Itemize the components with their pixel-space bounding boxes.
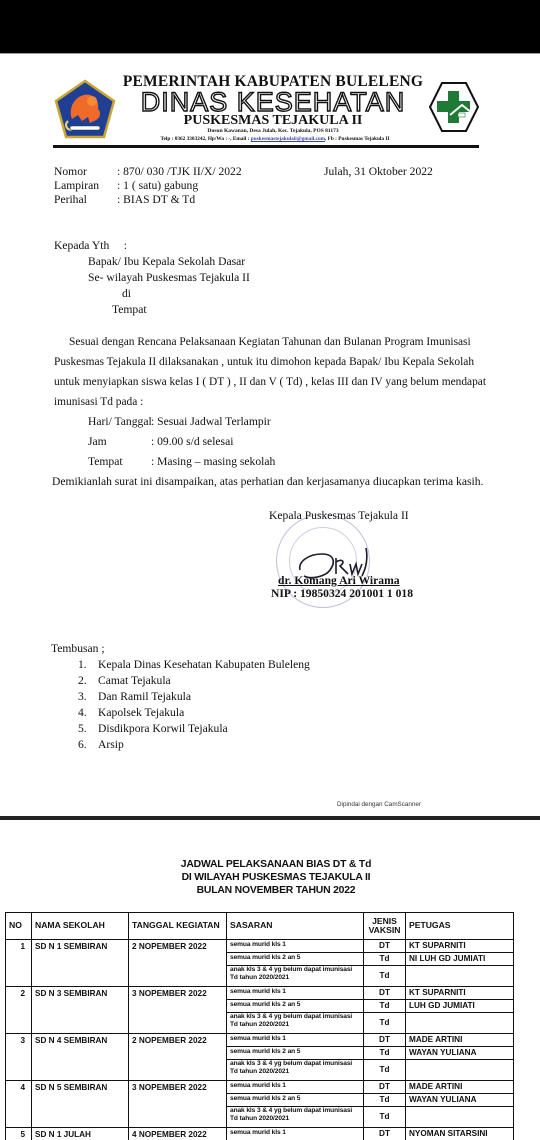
target-group: semua murid kls 2 an 5 — [227, 1000, 364, 1013]
target-group: semua murid kls 1 — [227, 987, 364, 1000]
cc-item: Camat Tejakula — [98, 674, 171, 688]
officer-name: LUH GD JUMIATI — [406, 1000, 514, 1013]
activity-date: 2 NOPEMBER 2022 — [129, 1034, 227, 1081]
officer-name: WAYAN YULIANA — [406, 1047, 514, 1060]
vaccine-type: Td — [364, 1107, 406, 1128]
table-row: 1SD N 1 SEMBIRAN2 NOPEMBER 2022semua mur… — [6, 940, 514, 953]
cc-item-number: 6. — [78, 738, 87, 752]
school-name: SD N 1 JULAH — [32, 1128, 129, 1140]
header-vaccine: JENIS VAKSIN — [364, 913, 406, 940]
letterhead-rule — [53, 145, 479, 148]
vaccine-type: DT — [364, 1081, 406, 1094]
target-group: semua murid kls 1 — [227, 1128, 364, 1140]
detail-label-time: Jam — [88, 435, 107, 449]
recipient-line1: Bapak/ Ibu Kepala Sekolah Dasar — [88, 255, 245, 269]
school-name: SD N 1 SEMBIRAN — [32, 940, 129, 987]
place-date: Julah, 31 Oktober 2022 — [324, 165, 433, 179]
header-school: NAMA SEKOLAH — [32, 913, 129, 940]
vaccine-type: Td — [364, 1060, 406, 1081]
vaccine-type: Td — [364, 1094, 406, 1107]
cc-item: Kapolsek Tejakula — [98, 706, 184, 720]
schedule-title-line: JADWAL PELAKSANAAN BIAS DT & Td — [0, 859, 540, 872]
perihal-label: Perihal — [54, 193, 87, 207]
schedule-table: NO NAMA SEKOLAH TANGGAL KEGIATAN SASARAN… — [5, 912, 514, 1140]
scanner-watermark: Dipindai dengan CamScanner — [337, 801, 421, 808]
school-name: SD N 4 SEMBIRAN — [32, 1034, 129, 1081]
header-officer: PETUGAS — [406, 913, 514, 940]
cc-item-number: 1. — [78, 658, 87, 672]
activity-date: 3 NOPEMBER 2022 — [129, 987, 227, 1034]
officer-name: MADE ARTINI — [406, 1034, 514, 1047]
detail-value-place: : Masing – masing sekolah — [151, 455, 275, 469]
table-row: 4SD N 5 SEMBIRAN3 NOPEMBER 2022semua mur… — [6, 1081, 514, 1094]
header-target: SASARAN — [227, 913, 364, 940]
top-status-bar — [0, 0, 540, 53]
cc-heading: Tembusan ; — [51, 642, 105, 656]
vaccine-type: Td — [364, 966, 406, 987]
officer-name: KT SUPARNITI — [406, 940, 514, 953]
cc-item-number: 5. — [78, 722, 87, 736]
vaccine-type: Td — [364, 1013, 406, 1034]
detail-label-place: Tempat — [88, 455, 123, 469]
cc-item: Kepala Dinas Kesehatan Kabupaten Bulelen… — [98, 658, 310, 672]
lampiran-label: Lampiran — [54, 179, 99, 193]
cc-item: Disdikpora Korwil Tejakula — [98, 722, 228, 736]
detail-label-date: Hari/ Tanggal — [88, 415, 152, 429]
officer-name — [406, 1013, 514, 1034]
officer-name — [406, 1107, 514, 1128]
letterhead-contact: Telp : 0362 3303242, Hp/Wa : -, Email : … — [0, 136, 540, 142]
table-row: 2SD N 3 SEMBIRAN3 NOPEMBER 2022semua mur… — [6, 987, 514, 1000]
target-group: semua murid kls 1 — [227, 1081, 364, 1094]
perihal-value: : BIAS DT & Td — [117, 193, 195, 207]
cc-item: Arsip — [98, 738, 124, 752]
vaccine-type: DT — [364, 1128, 406, 1140]
body-line: untuk menyiapkan siswa kelas I ( DT ) , … — [54, 372, 494, 392]
recipient-line4: Tempat — [112, 303, 147, 317]
email-link[interactable]: puskesmastejakulaii@gmail.com — [251, 136, 325, 142]
letterhead-unit: PUSKESMAS TEJAKULA II — [0, 113, 540, 129]
school-name: SD N 5 SEMBIRAN — [32, 1081, 129, 1128]
officer-name — [406, 1060, 514, 1081]
officer-name — [406, 966, 514, 987]
schedule-title-line: BULAN NOVEMBER TAHUN 2022 — [0, 885, 540, 898]
target-group: anak kls 3 & 4 yg belum dapat imunisasi … — [227, 966, 364, 987]
vaccine-type: DT — [364, 940, 406, 953]
officer-name: NYOMAN SITARSINI — [406, 1128, 514, 1140]
row-number: 4 — [6, 1081, 32, 1128]
activity-date: 4 NOPEMBER 2022 — [129, 1128, 227, 1140]
vaccine-type: DT — [364, 1034, 406, 1047]
signatory-title: Kepala Puskesmas Tejakula II — [269, 509, 409, 523]
officer-name: NI LUH GD JUMIATI — [406, 953, 514, 966]
row-number: 1 — [6, 940, 32, 987]
body-line: imunisasi Td pada : — [54, 392, 494, 412]
target-group: semua murid kls 1 — [227, 940, 364, 953]
activity-date: 2 NOPEMBER 2022 — [129, 940, 227, 987]
contact-prefix: Telp : 0362 3303242, Hp/Wa : -, Email : — [160, 136, 250, 142]
nomor-label: Nomor — [54, 165, 87, 179]
officer-name: MADE ARTINI — [406, 1081, 514, 1094]
table-row: 3SD N 4 SEMBIRAN2 NOPEMBER 2022semua mur… — [6, 1034, 514, 1047]
target-group: anak kls 3 & 4 yg belum dapat imunisasi … — [227, 1013, 364, 1034]
divider — [0, 53, 540, 54]
cc-item-number: 2. — [78, 674, 87, 688]
recipient-line3: di — [122, 287, 131, 301]
target-group: semua murid kls 2 an 5 — [227, 1047, 364, 1060]
lampiran-value: : 1 ( satu) gabung — [117, 179, 198, 193]
table-header-row: NO NAMA SEKOLAH TANGGAL KEGIATAN SASARAN… — [6, 913, 514, 940]
cc-item-number: 3. — [78, 690, 87, 704]
vaccine-type: Td — [364, 1000, 406, 1013]
officer-name: KT SUPARNITI — [406, 987, 514, 1000]
detail-value-time: : 09.00 s/d selesai — [151, 435, 233, 449]
detail-value-date: : Sesuai Jadwal Terlampir — [151, 415, 271, 429]
nomor-value: : 870/ 030 /TJK II/X/ 2022 — [117, 165, 242, 179]
recipient-line2: Se- wilayah Puskesmas Tejakula II — [88, 271, 250, 285]
letterhead-address: Dusun Kawanan, Desa Julah, Kec. Tejakula… — [0, 128, 540, 134]
target-group: semua murid kls 1 — [227, 1034, 364, 1047]
signatory-nip: NIP : 19850324 201001 1 018 — [271, 587, 413, 601]
target-group: anak kls 3 & 4 yg belum dapat imunisasi … — [227, 1107, 364, 1128]
schedule-table-body: 1SD N 1 SEMBIRAN2 NOPEMBER 2022semua mur… — [6, 940, 514, 1140]
cc-item-number: 4. — [78, 706, 87, 720]
activity-date: 3 NOPEMBER 2022 — [129, 1081, 227, 1128]
schedule-title-line: DI WILAYAH PUSKESMAS TEJAKULA II — [0, 872, 540, 885]
recipient-salutation: Kepada Yth : — [54, 239, 127, 253]
page-separator — [0, 816, 540, 820]
table-row: 5SD N 1 JULAH4 NOPEMBER 2022semua murid … — [6, 1128, 514, 1140]
body-line: Puskesmas Tejakula II dilaksanakan , unt… — [54, 352, 494, 372]
header-date: TANGGAL KEGIATAN — [129, 913, 227, 940]
body-paragraph: Sesuai dengan Rencana Pelaksanaan Kegiat… — [54, 332, 494, 412]
vaccine-type: DT — [364, 987, 406, 1000]
body-line: Sesuai dengan Rencana Pelaksanaan Kegiat… — [54, 332, 494, 352]
officer-name: WAYAN YULIANA — [406, 1094, 514, 1107]
row-number: 3 — [6, 1034, 32, 1081]
target-group: semua murid kls 2 an 5 — [227, 1094, 364, 1107]
row-number: 5 — [6, 1128, 32, 1140]
contact-suffix: , Fb : Puskesmas Tejakula II — [325, 136, 389, 142]
target-group: anak kls 3 & 4 yg belum dapat imunisasi … — [227, 1060, 364, 1081]
signatory-name: dr. Komang Ari Wirama — [278, 574, 400, 588]
cc-item: Dan Ramil Tejakula — [98, 690, 191, 704]
closing-text: Demikianlah surat ini disampaikan, atas … — [52, 475, 483, 489]
header-no: NO — [6, 913, 32, 940]
vaccine-type: Td — [364, 953, 406, 966]
row-number: 2 — [6, 987, 32, 1034]
school-name: SD N 3 SEMBIRAN — [32, 987, 129, 1034]
target-group: semua murid kls 2 an 5 — [227, 953, 364, 966]
vaccine-type: Td — [364, 1047, 406, 1060]
